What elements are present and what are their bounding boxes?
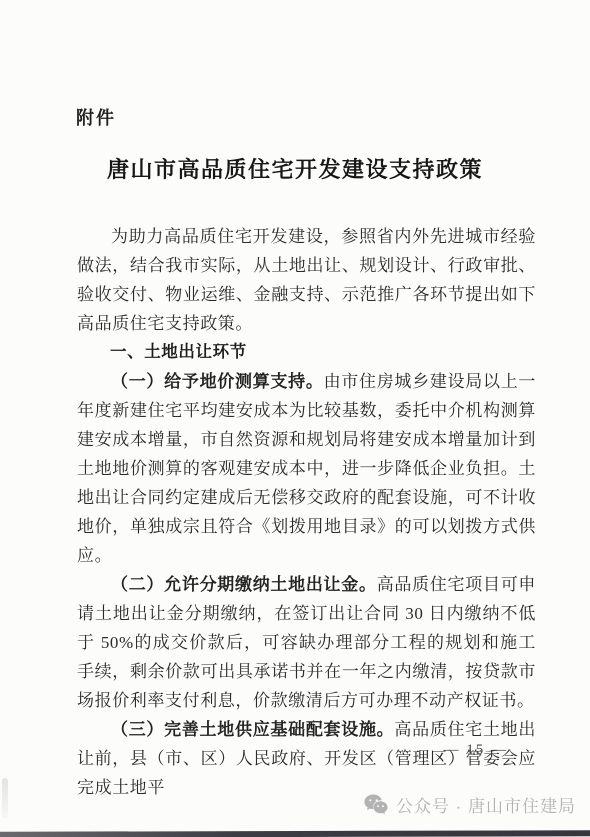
attachment-label: 附件 [76,104,116,130]
footer-label: 公众号 · 唐山市住建局 [396,792,576,817]
page-title: 唐山市高品质住宅开发建设支持政策 [0,153,590,184]
wechat-footer: 公众号 · 唐山市住建局 [364,792,576,817]
wechat-icon [364,794,388,815]
scanned-document-page: 附件 唐山市高品质住宅开发建设支持政策 为助力高品质住宅开发建设，参照省内外先进… [0,0,590,837]
scan-artifact [2,778,8,818]
section-heading: 一、土地出让环节 [77,338,536,367]
policy-paragraph-1-body: 由市住房城乡建设局以上一年度新建住宅平均建安成本为比较基数，委托中介机构测算建安… [77,372,536,565]
policy-paragraph-2: （二）允许分期缴纳土地出让金。高品质住宅项目可申请土地出让金分期缴纳，在签订出让… [77,570,536,715]
bottom-edge-bar [0,830,590,837]
policy-paragraph-1-lead: （一）给予地价测算支持。 [111,372,324,391]
policy-paragraph-1: （一）给予地价测算支持。由市住房城乡建设局以上一年度新建住宅平均建安成本为比较基… [77,367,536,570]
document-body: 为助力高品质住宅开发建设，参照省内外先进城市经验做法，结合我市实际，从土地出让、… [77,222,536,802]
page-number: — 15 — [444,742,509,759]
intro-paragraph: 为助力高品质住宅开发建设，参照省内外先进城市经验做法，结合我市实际，从土地出让、… [77,222,536,338]
policy-paragraph-3-lead: （三）完善土地供应基础配套设施。 [111,720,394,739]
policy-paragraph-2-lead: （二）允许分期缴纳土地出让金。 [111,575,377,594]
policy-paragraph-2-body: 高品质住宅项目可申请土地出让金分期缴纳，在签订出让合同 30 日内缴纳不低于 5… [77,575,536,710]
